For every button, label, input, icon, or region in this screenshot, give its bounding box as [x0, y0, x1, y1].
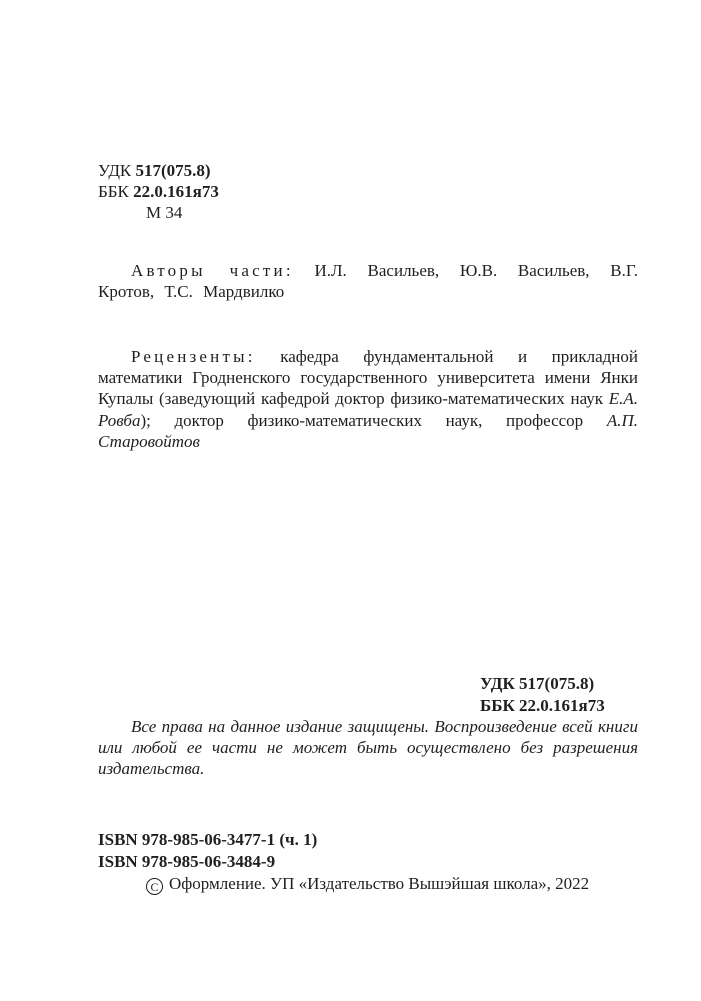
bbk-code-bottom: ББК 22.0.161я73: [480, 695, 605, 716]
copyright-icon: C: [146, 878, 163, 895]
reviewers-label: Рецензенты:: [131, 347, 256, 366]
bbk-code-top: ББК 22.0.161я73: [98, 181, 219, 202]
udk-code-top: УДК 517(075.8): [98, 160, 211, 181]
imprint-page: УДК 517(075.8) ББК 22.0.161я73 М 34 Авто…: [0, 0, 701, 1001]
bbk-value: 22.0.161я73: [133, 182, 219, 201]
copyright-line: CОформление. УП «Издательство Вышэйшая ш…: [146, 873, 589, 895]
bbk-label: ББК: [98, 182, 129, 201]
udk-label: УДК: [98, 161, 131, 180]
rights-notice: Все права на данное издание защищены. Во…: [98, 716, 638, 780]
authors-paragraph: Авторы части: И.Л. Васильев, Ю.В. Василь…: [98, 260, 638, 302]
reviewers-paragraph: Рецензенты: кафедра фундаментальной и пр…: [98, 346, 638, 452]
copyright-text: Оформление. УП «Издательство Вышэйшая шк…: [169, 874, 589, 893]
udk-code-bottom: УДК 517(075.8): [480, 673, 594, 694]
udk-value: 517(075.8): [136, 161, 211, 180]
isbn-set: ISBN 978-985-06-3484-9: [98, 851, 275, 872]
rights-text: Все права на данное издание защищены. Во…: [98, 717, 638, 778]
isbn-volume: ISBN 978-985-06-3477-1 (ч. 1): [98, 829, 317, 850]
authors-label: Авторы части:: [131, 261, 294, 280]
author-mark: М 34: [146, 202, 182, 223]
reviewers-text-2: ); доктор физико-математических наук, пр…: [140, 411, 606, 430]
